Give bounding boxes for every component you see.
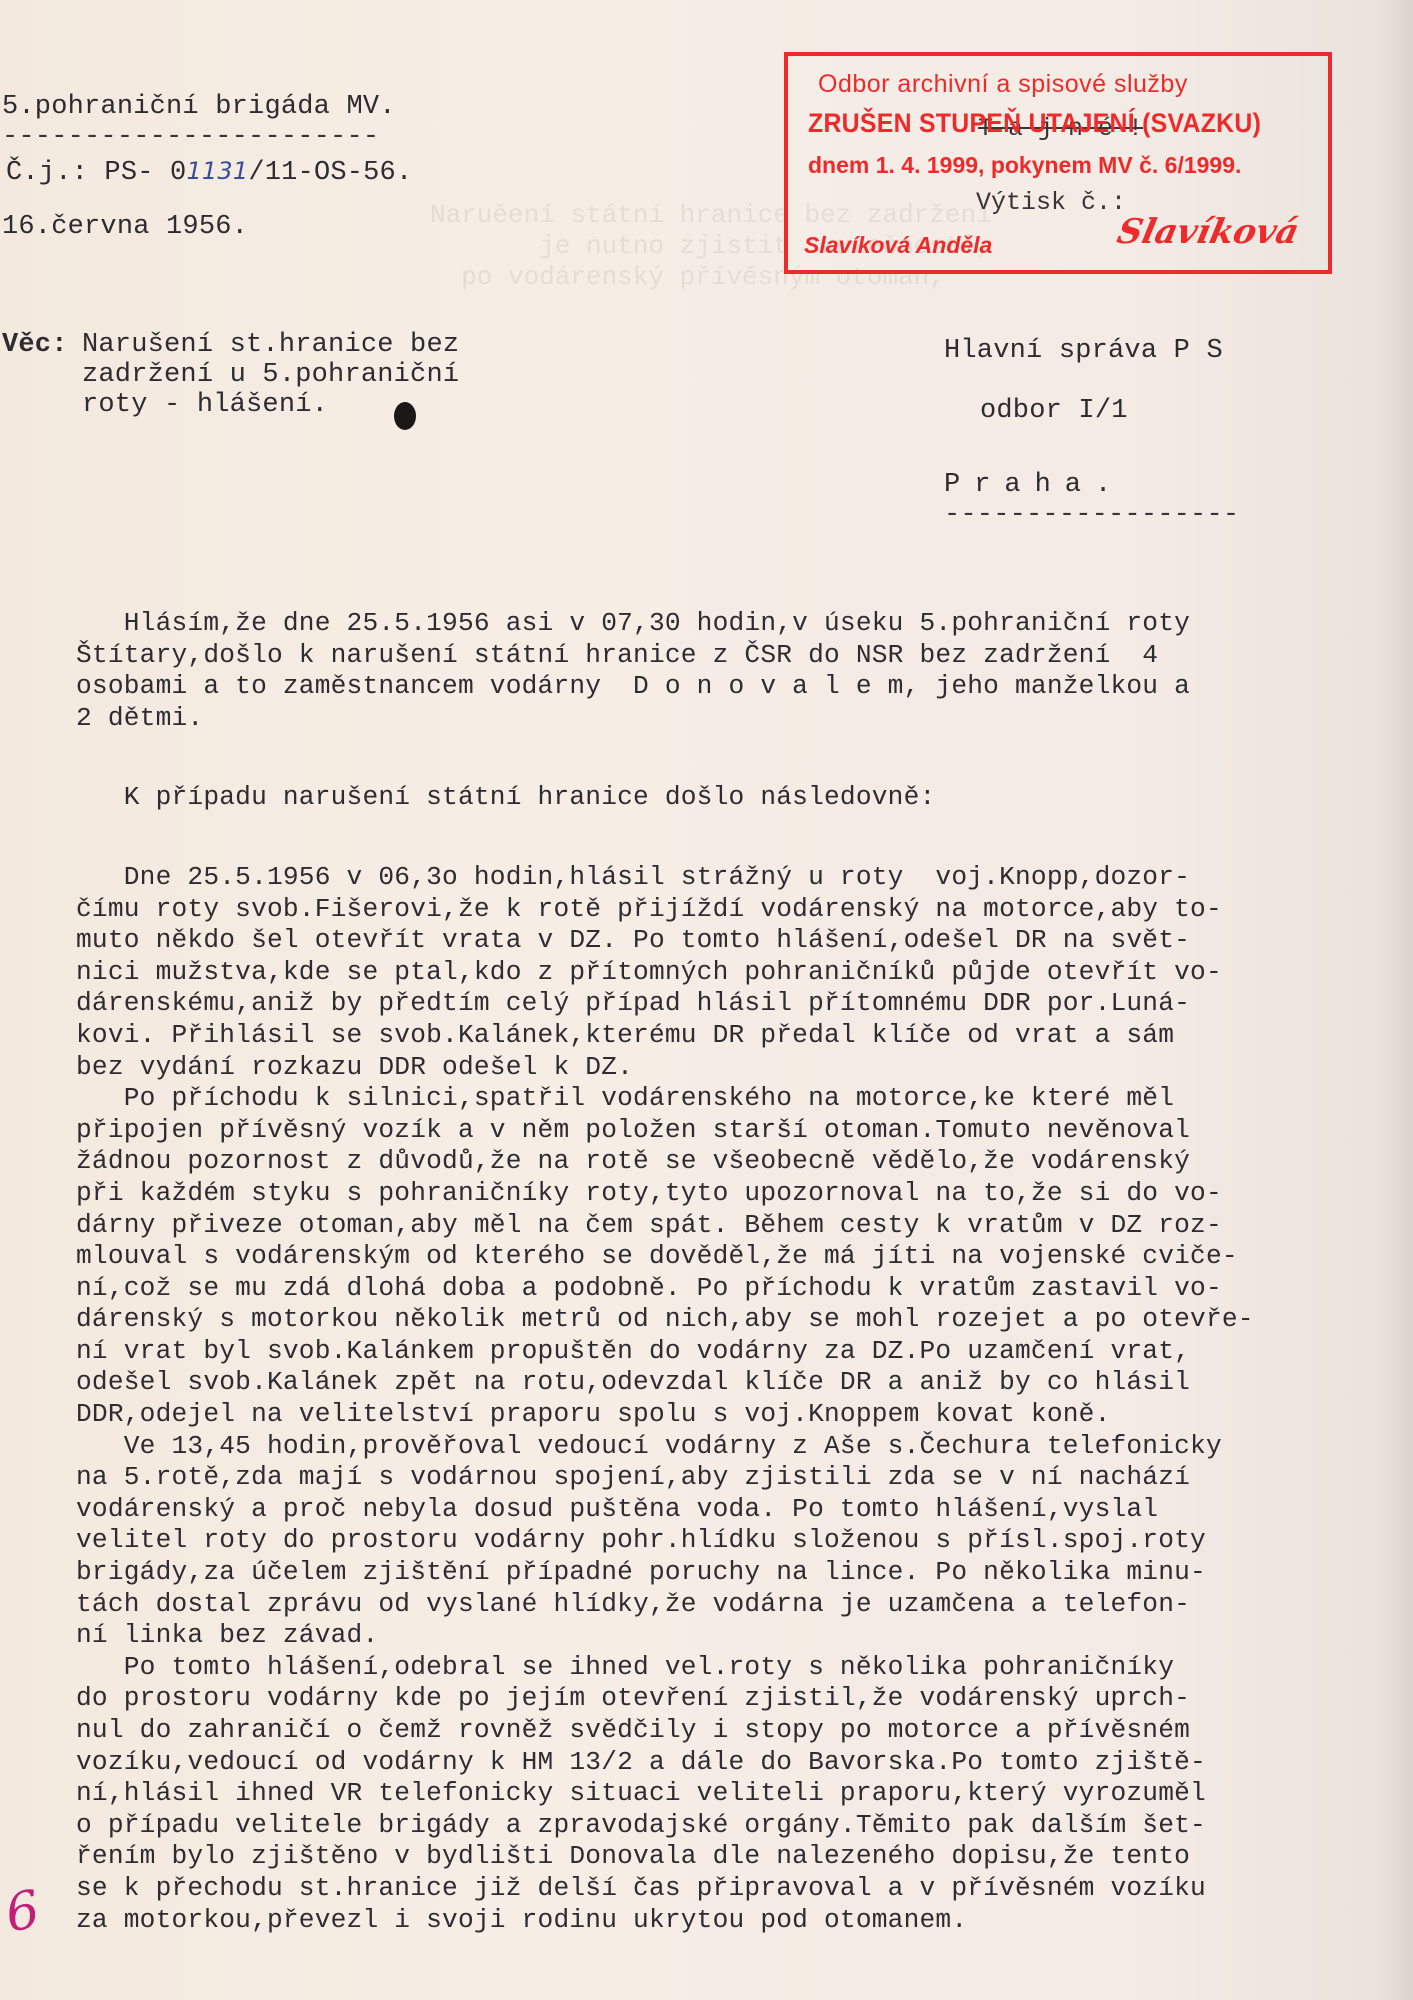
body-line: Dne 25.5.1956 v 06,3o hodin,hlásil stráž… xyxy=(76,862,1254,894)
subject-line-1: Narušení st.hranice bez xyxy=(82,330,459,361)
declassification-stamp: T a j n é ! Výtisk č.: Odbor archivní a … xyxy=(784,52,1332,274)
body-line: vozíku,vedoucí od vodárny k HM 13/2 a dá… xyxy=(76,1747,1254,1779)
stamp-signature: Slavíková xyxy=(1114,212,1303,252)
body-line: 2 dětmi. xyxy=(76,703,1254,735)
body-line: bez vydání rozkazu DDR odešel k DZ. xyxy=(76,1052,1254,1084)
body-line: K případu narušení státní hranice došlo … xyxy=(76,782,1254,814)
reference-prefix: Č.j.: PS- 0 xyxy=(6,158,186,188)
body-line: čímu roty svob.Fišerovi,že k rotě přijíž… xyxy=(76,894,1254,926)
body-line: osobami a to zaměstnancem vodárny D o n … xyxy=(76,671,1254,703)
reference-number: Č.j.: PS- 01131/11-OS-56. xyxy=(6,156,412,189)
body-line: Ve 13,45 hodin,prověřoval vedoucí vodárn… xyxy=(76,1431,1254,1463)
body-line: vodárenský a proč nebyla dosud puštěna v… xyxy=(76,1494,1254,1526)
stamp-official-name: Slavíková Anděla xyxy=(804,232,992,259)
copy-number-label: Výtisk č.: xyxy=(976,188,1126,217)
body-line: Hlásím,že dne 25.5.1956 asi v 07,30 hodi… xyxy=(76,608,1254,640)
subject-line-3: roty - hlášení. xyxy=(82,390,328,421)
subject-line-2: zadržení u 5.pohraniční xyxy=(82,360,459,391)
recipient-underline: ------------------ xyxy=(944,500,1239,531)
body-line: Po tomto hlášení,odebral se ihned vel.ro… xyxy=(76,1652,1254,1684)
body-line: za motorkou,převezl i svoji rodinu ukryt… xyxy=(76,1905,1254,1937)
body-line: žádnou pozornost z důvodů,že na rotě se … xyxy=(76,1146,1254,1178)
body-line: ní,hlásil ihned VR telefonicky situaci v… xyxy=(76,1778,1254,1810)
recipient-city: Praha. xyxy=(944,470,1125,501)
body-line: se k přechodu st.hranice již delší čas p… xyxy=(76,1873,1254,1905)
body-line: nici mužstva,kde se ptal,kdo z přítomnýc… xyxy=(76,957,1254,989)
body-line: kovi. Přihlásil se svob.Kalánek,kterému … xyxy=(76,1020,1254,1052)
paragraph-gap xyxy=(76,734,1254,782)
body-line: muto někdo šel otevřít vrata v DZ. Po to… xyxy=(76,925,1254,957)
body-line: na 5.rotě,zda mají s vodárnou spojení,ab… xyxy=(76,1462,1254,1494)
stamp-declassified: ZRUŠEN STUPEŇ UTAJENÍ (SVAZKU) xyxy=(808,108,1261,139)
issuing-organization: 5.pohraniční brigáda MV. xyxy=(2,92,396,123)
subject-block: Věc: xyxy=(2,330,68,360)
document-date: 16.června 1956. xyxy=(2,212,248,243)
body-line: Štítary,došlo k narušení státní hranice … xyxy=(76,640,1254,672)
header-underline: ----------------------- xyxy=(2,122,379,153)
body-line: ní linka bez závad. xyxy=(76,1620,1254,1652)
recipient-line-1: Hlavní správa P S xyxy=(944,336,1223,367)
body-line: do prostoru vodárny kde po jejím otevřen… xyxy=(76,1683,1254,1715)
stamp-date-order: dnem 1. 4. 1999, pokynem MV č. 6/1999. xyxy=(808,152,1241,179)
stamp-department: Odbor archivní a spisové služby xyxy=(818,70,1188,99)
document-page: Naruěení státní hranice bez zadržení je … xyxy=(0,0,1413,2000)
body-line: odešel svob.Kalánek zpět na rotu,odevzda… xyxy=(76,1367,1254,1399)
body-line: dárenský s motorkou několik metrů od nic… xyxy=(76,1304,1254,1336)
body-line: brigády,za účelem zjištění případné poru… xyxy=(76,1557,1254,1589)
body-line: velitel roty do prostoru vodárny pohr.hl… xyxy=(76,1525,1254,1557)
ink-blot xyxy=(394,402,416,430)
body-line: dárenskému,aniž by předtím celý případ h… xyxy=(76,988,1254,1020)
report-body: Hlásím,že dne 25.5.1956 asi v 07,30 hodi… xyxy=(76,608,1254,1936)
body-line: DDR,odejel na velitelství praporu spolu … xyxy=(76,1399,1254,1431)
reference-handwritten-number: 1131 xyxy=(186,157,248,185)
body-line: dárny přiveze otoman,aby měl na čem spát… xyxy=(76,1210,1254,1242)
body-line: Po příchodu k silnici,spatřil vodárenské… xyxy=(76,1083,1254,1115)
body-line: připojen přívěsný vozík a v něm položen … xyxy=(76,1115,1254,1147)
body-line: při každém styku s pohraničníky roty,tyt… xyxy=(76,1178,1254,1210)
paragraph-gap xyxy=(76,814,1254,862)
body-line: řením bylo zjištěno v bydlišti Donovala … xyxy=(76,1841,1254,1873)
reference-suffix: /11-OS-56. xyxy=(248,158,412,188)
body-line: nul do zahraničí o čemž rovněž svědčily … xyxy=(76,1715,1254,1747)
body-line: ní,což se mu zdá dlohá doba a podobně. P… xyxy=(76,1273,1254,1305)
subject-label: Věc: xyxy=(2,330,68,360)
handwritten-page-number: 6 xyxy=(1,1880,44,1945)
body-line: ní vrat byl svob.Kalánkem propuštěn do v… xyxy=(76,1336,1254,1368)
body-line: o případu velitele brigády a zpravodajsk… xyxy=(76,1810,1254,1842)
body-line: mlouval s vodárenským od kterého se dově… xyxy=(76,1241,1254,1273)
body-line: tách dostal zprávu od vyslané hlídky,že … xyxy=(76,1589,1254,1621)
recipient-line-2: odbor I/1 xyxy=(980,396,1128,427)
